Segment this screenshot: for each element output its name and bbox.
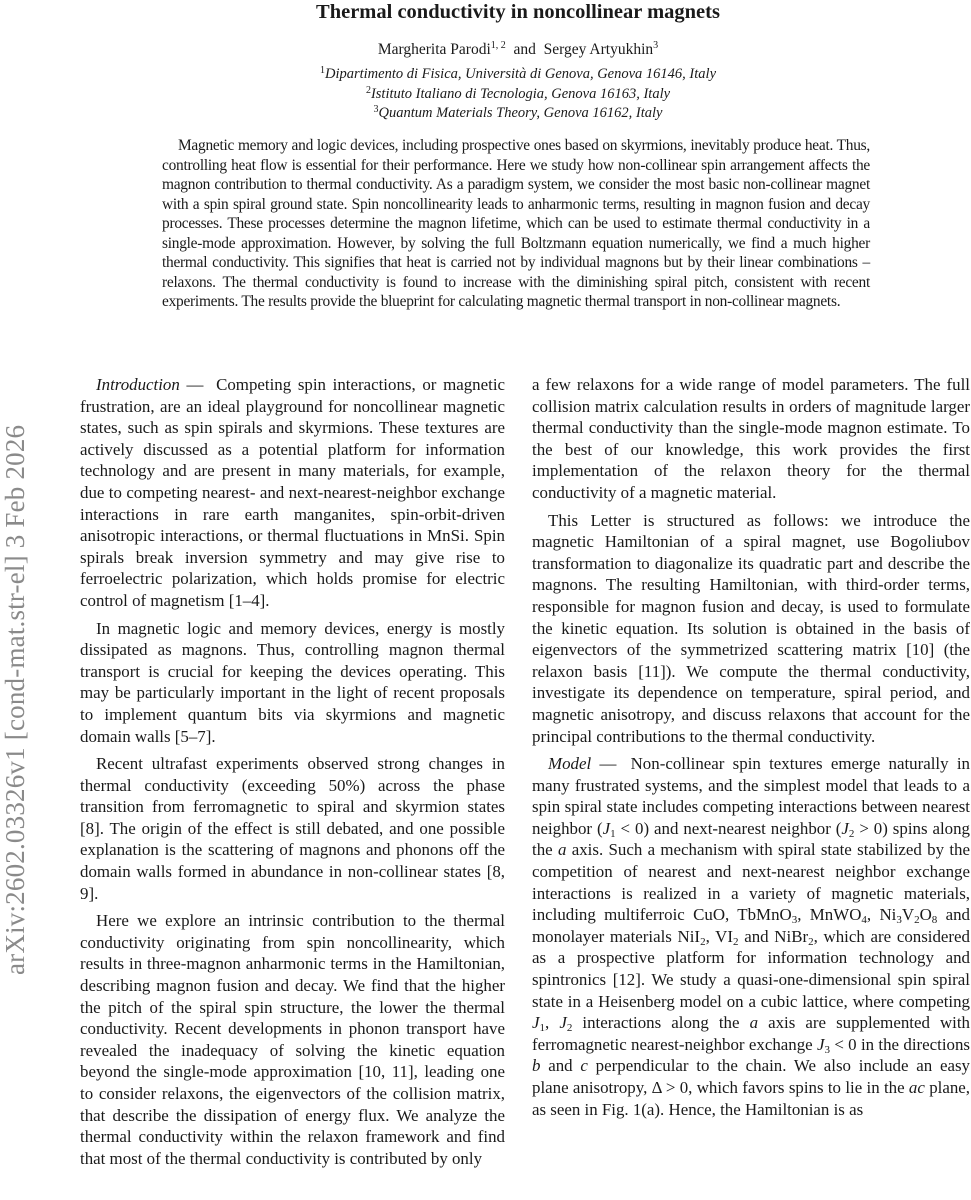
paper-title: Thermal conductivity in noncollinear mag… [0,0,971,24]
body-paragraph-continued: a few relaxons for a wide range of model… [532,374,970,504]
affiliation-list: 1Dipartimento di Fisica, Università di G… [0,65,971,124]
arxiv-identifier-stamp: arXiv:2602.03326v1 [cond-mat.str-el] 3 F… [2,230,28,975]
section-heading-introduction: Introduction [96,375,180,394]
affiliation: 1Dipartimento di Fisica, Università di G… [0,65,971,85]
body-paragraph: Recent ultrafast experiments observed st… [80,753,505,904]
model-paragraph: Model — Non-collinear spin textures emer… [532,753,970,1120]
affiliation: 3Quantum Materials Theory, Genova 16162,… [0,104,971,124]
author-name: Sergey Artyukhin [544,41,654,58]
author-name: Margherita Parodi [378,41,491,58]
body-paragraph: This Letter is structured as follows: we… [532,510,970,748]
left-column: Introduction — Competing spin interactio… [80,374,505,1175]
abstract: Magnetic memory and logic devices, inclu… [162,136,870,312]
author-joiner: and [514,41,536,58]
affiliation-mark: 3 [653,40,658,51]
author-list: Margherita Parodi1, 2 and Sergey Artyukh… [0,40,971,60]
right-column: a few relaxons for a wide range of model… [532,374,970,1126]
affiliation: 2Istituto Italiano di Tecnologia, Genova… [0,85,971,105]
section-dash: — [187,375,204,394]
section-dash: — [599,754,616,773]
introduction-paragraph: Introduction — Competing spin interactio… [80,374,505,612]
affiliation-mark: 1, 2 [491,40,506,51]
body-paragraph: Here we explore an intrinsic contributio… [80,910,505,1169]
section-heading-model: Model [548,754,591,773]
body-paragraph: In magnetic logic and memory devices, en… [80,618,505,748]
